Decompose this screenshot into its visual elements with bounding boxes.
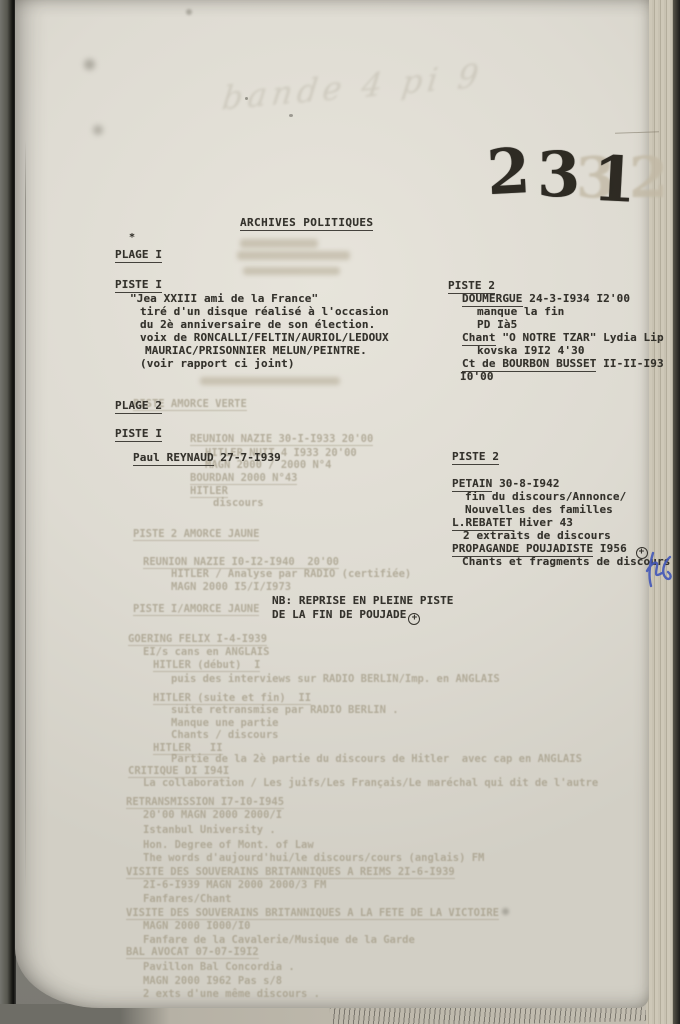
section-plage-1: PLAGE I bbox=[115, 248, 162, 263]
entry-jean23-line: du 2è anniversaire de son élection. bbox=[140, 318, 375, 331]
bleedthrough-line: The words d'aujourd'hui/le discours/cour… bbox=[143, 852, 484, 864]
entry-jean23-title: "Jea XXIII ami de la France" bbox=[130, 292, 318, 305]
entry-rebatet: L.REBATET Hiver 43 bbox=[452, 516, 573, 529]
bleedthrough-line: HITLER / Analyse par RADIO (certifiée) bbox=[171, 568, 411, 580]
nb-note-line2: DE LA FIN DE POUJADE+ bbox=[272, 608, 420, 625]
stamp-digit: 2 bbox=[485, 140, 538, 205]
circled-plus-icon: + bbox=[408, 613, 420, 625]
section-piste-1b: PISTE I bbox=[115, 427, 162, 442]
bleedthrough-line: Pavillon Bal Concordia . bbox=[143, 961, 295, 973]
star-mark: * bbox=[129, 231, 135, 244]
bleedthrough-line: Fanfare de la Cavalerie/Musique de la Ga… bbox=[143, 934, 415, 946]
blue-ink-mark-icon bbox=[644, 549, 676, 591]
bleedthrough-line: Manque une partie bbox=[171, 717, 278, 729]
bleedthrough-line: 20'00 MAGN 2000 2000/I bbox=[143, 809, 282, 821]
entry-propagande-line: Chants et fragments de discours bbox=[462, 555, 670, 568]
entry-reynaud: Paul REYNAUD 27-7-I939 bbox=[133, 451, 281, 464]
entry-jean23-line: voix de RONCALLI/FELTIN/AURIOL/LEDOUX bbox=[140, 331, 389, 344]
entry-petain: PETAIN 30-8-I942 bbox=[452, 477, 560, 490]
bleedthrough-line: suite retransmise par RADIO BERLIN . bbox=[171, 704, 399, 716]
bleedthrough-line: HITLER (début) I bbox=[153, 659, 260, 672]
entry-chant-cont: kovska I9I2 4'30 bbox=[477, 344, 585, 357]
section-plage-2: PLAGE 2 bbox=[115, 399, 162, 414]
entry-jean23-line: (voir rapport ci joint) bbox=[140, 357, 295, 370]
bleedthrough-line: BAL AVOCAT 07-07-I9I2 bbox=[126, 946, 259, 959]
entry-bourbon-busset: Ct de BOURBON BUSSET II-II-I93 bbox=[462, 357, 664, 370]
entry-bourbon-duration: I0'00 bbox=[460, 370, 494, 383]
bleedthrough-line: Chants / discours bbox=[171, 729, 278, 741]
paper-spot bbox=[93, 125, 103, 135]
bleedthrough-line: EI/s cans en ANGLAIS bbox=[143, 646, 269, 658]
bleedthrough-smudge bbox=[200, 377, 340, 385]
bleedthrough-line: 2I-6-I939 MAGN 2000 2000/3 FM bbox=[143, 879, 326, 891]
bleedthrough-line: MAGN 2000 I5/I/I973 bbox=[171, 581, 291, 593]
entry-doumergue-note: manque la fin bbox=[477, 305, 564, 318]
bleedthrough-line: VISITE DES SOUVERAINS BRITANNIQUES A LA … bbox=[126, 907, 499, 920]
section-piste-2b: PISTE 2 bbox=[452, 450, 499, 465]
stamp-digit: 3 bbox=[537, 144, 587, 206]
section-piste-1: PISTE I bbox=[115, 278, 162, 293]
entry-doumergue: DOUMERGUE 24-3-I934 I2'00 bbox=[462, 292, 630, 305]
bleedthrough-line: BOURDAN 2000 N°43 bbox=[190, 472, 297, 485]
bleedthrough-smudge bbox=[237, 251, 350, 260]
page-number-stamp: 231 bbox=[487, 141, 637, 203]
bleedthrough-line: Fanfares/Chant bbox=[143, 893, 232, 905]
entry-chant: Chant "O NOTRE TZAR" Lydia Lip bbox=[462, 331, 664, 344]
entry-rebatet-line: 2 extraits de discours bbox=[463, 529, 611, 542]
book-binding-edge bbox=[0, 0, 16, 1024]
bleedthrough-smudge bbox=[240, 239, 318, 248]
entry-jean23-line: tiré d'un disque réalisé à l'occasion bbox=[140, 305, 389, 318]
stamp-digit: 1 bbox=[592, 148, 645, 213]
scanned-archive-page: bande 4 pi 9 32 PISTE AMORCE VERTEREUNIO… bbox=[0, 0, 680, 1024]
bleedthrough-line: VISITE DES SOUVERAINS BRITANNIQUES A REI… bbox=[126, 866, 455, 879]
bleedthrough-line: 2 exts d'une même discours . bbox=[143, 988, 320, 1000]
bleedthrough-line: Hon. Degree of Mont. of Law bbox=[143, 839, 314, 851]
bleedthrough-line: Istanbul University . bbox=[143, 824, 276, 836]
bleedthrough-line: RETRANSMISSION I7-I0-I945 bbox=[126, 796, 284, 809]
entry-doumergue-ref: PD Ià5 bbox=[477, 318, 517, 331]
paper-crease-line bbox=[25, 140, 26, 890]
ink-speck bbox=[289, 114, 293, 117]
bleedthrough-line: La collaboration / Les juifs/Les Françai… bbox=[143, 777, 598, 789]
bleedthrough-smudge bbox=[243, 267, 340, 275]
paper-spot bbox=[186, 9, 192, 15]
nb-note-line1: NB: REPRISE EN PLEINE PISTE bbox=[272, 594, 454, 607]
bleedthrough-line: GOERING FELIX I-4-I939 bbox=[128, 633, 267, 646]
entry-petain-line: fin du discours/Annonce/ bbox=[465, 490, 626, 503]
bleedthrough-line: PISTE 2 AMORCE JAUNE bbox=[133, 528, 259, 541]
bleedthrough-line: REUNION NAZIE 30-I-I933 20'00 bbox=[190, 433, 373, 446]
entry-jean23-line: MAURIAC/PRISONNIER MELUN/PEINTRE. bbox=[145, 344, 367, 357]
bleedthrough-line: puis des interviews sur RADIO BERLIN/Imp… bbox=[171, 673, 500, 685]
bleedthrough-line: Partie de la 2è partie du discours de Hi… bbox=[171, 753, 582, 765]
entry-petain-line: Nouvelles des familles bbox=[465, 503, 613, 516]
bleedthrough-line: discours bbox=[213, 497, 264, 509]
paper-spot bbox=[502, 908, 509, 915]
page-title: ARCHIVES POLITIQUES bbox=[240, 216, 373, 231]
bleedthrough-line: PISTE I/AMORCE JAUNE bbox=[133, 603, 259, 616]
paper-spot bbox=[84, 59, 95, 70]
bleedthrough-line: MAGN 2000 I000/I0 bbox=[143, 920, 250, 932]
bleedthrough-line: MAGN 2000 I962 Pas s/8 bbox=[143, 975, 282, 987]
